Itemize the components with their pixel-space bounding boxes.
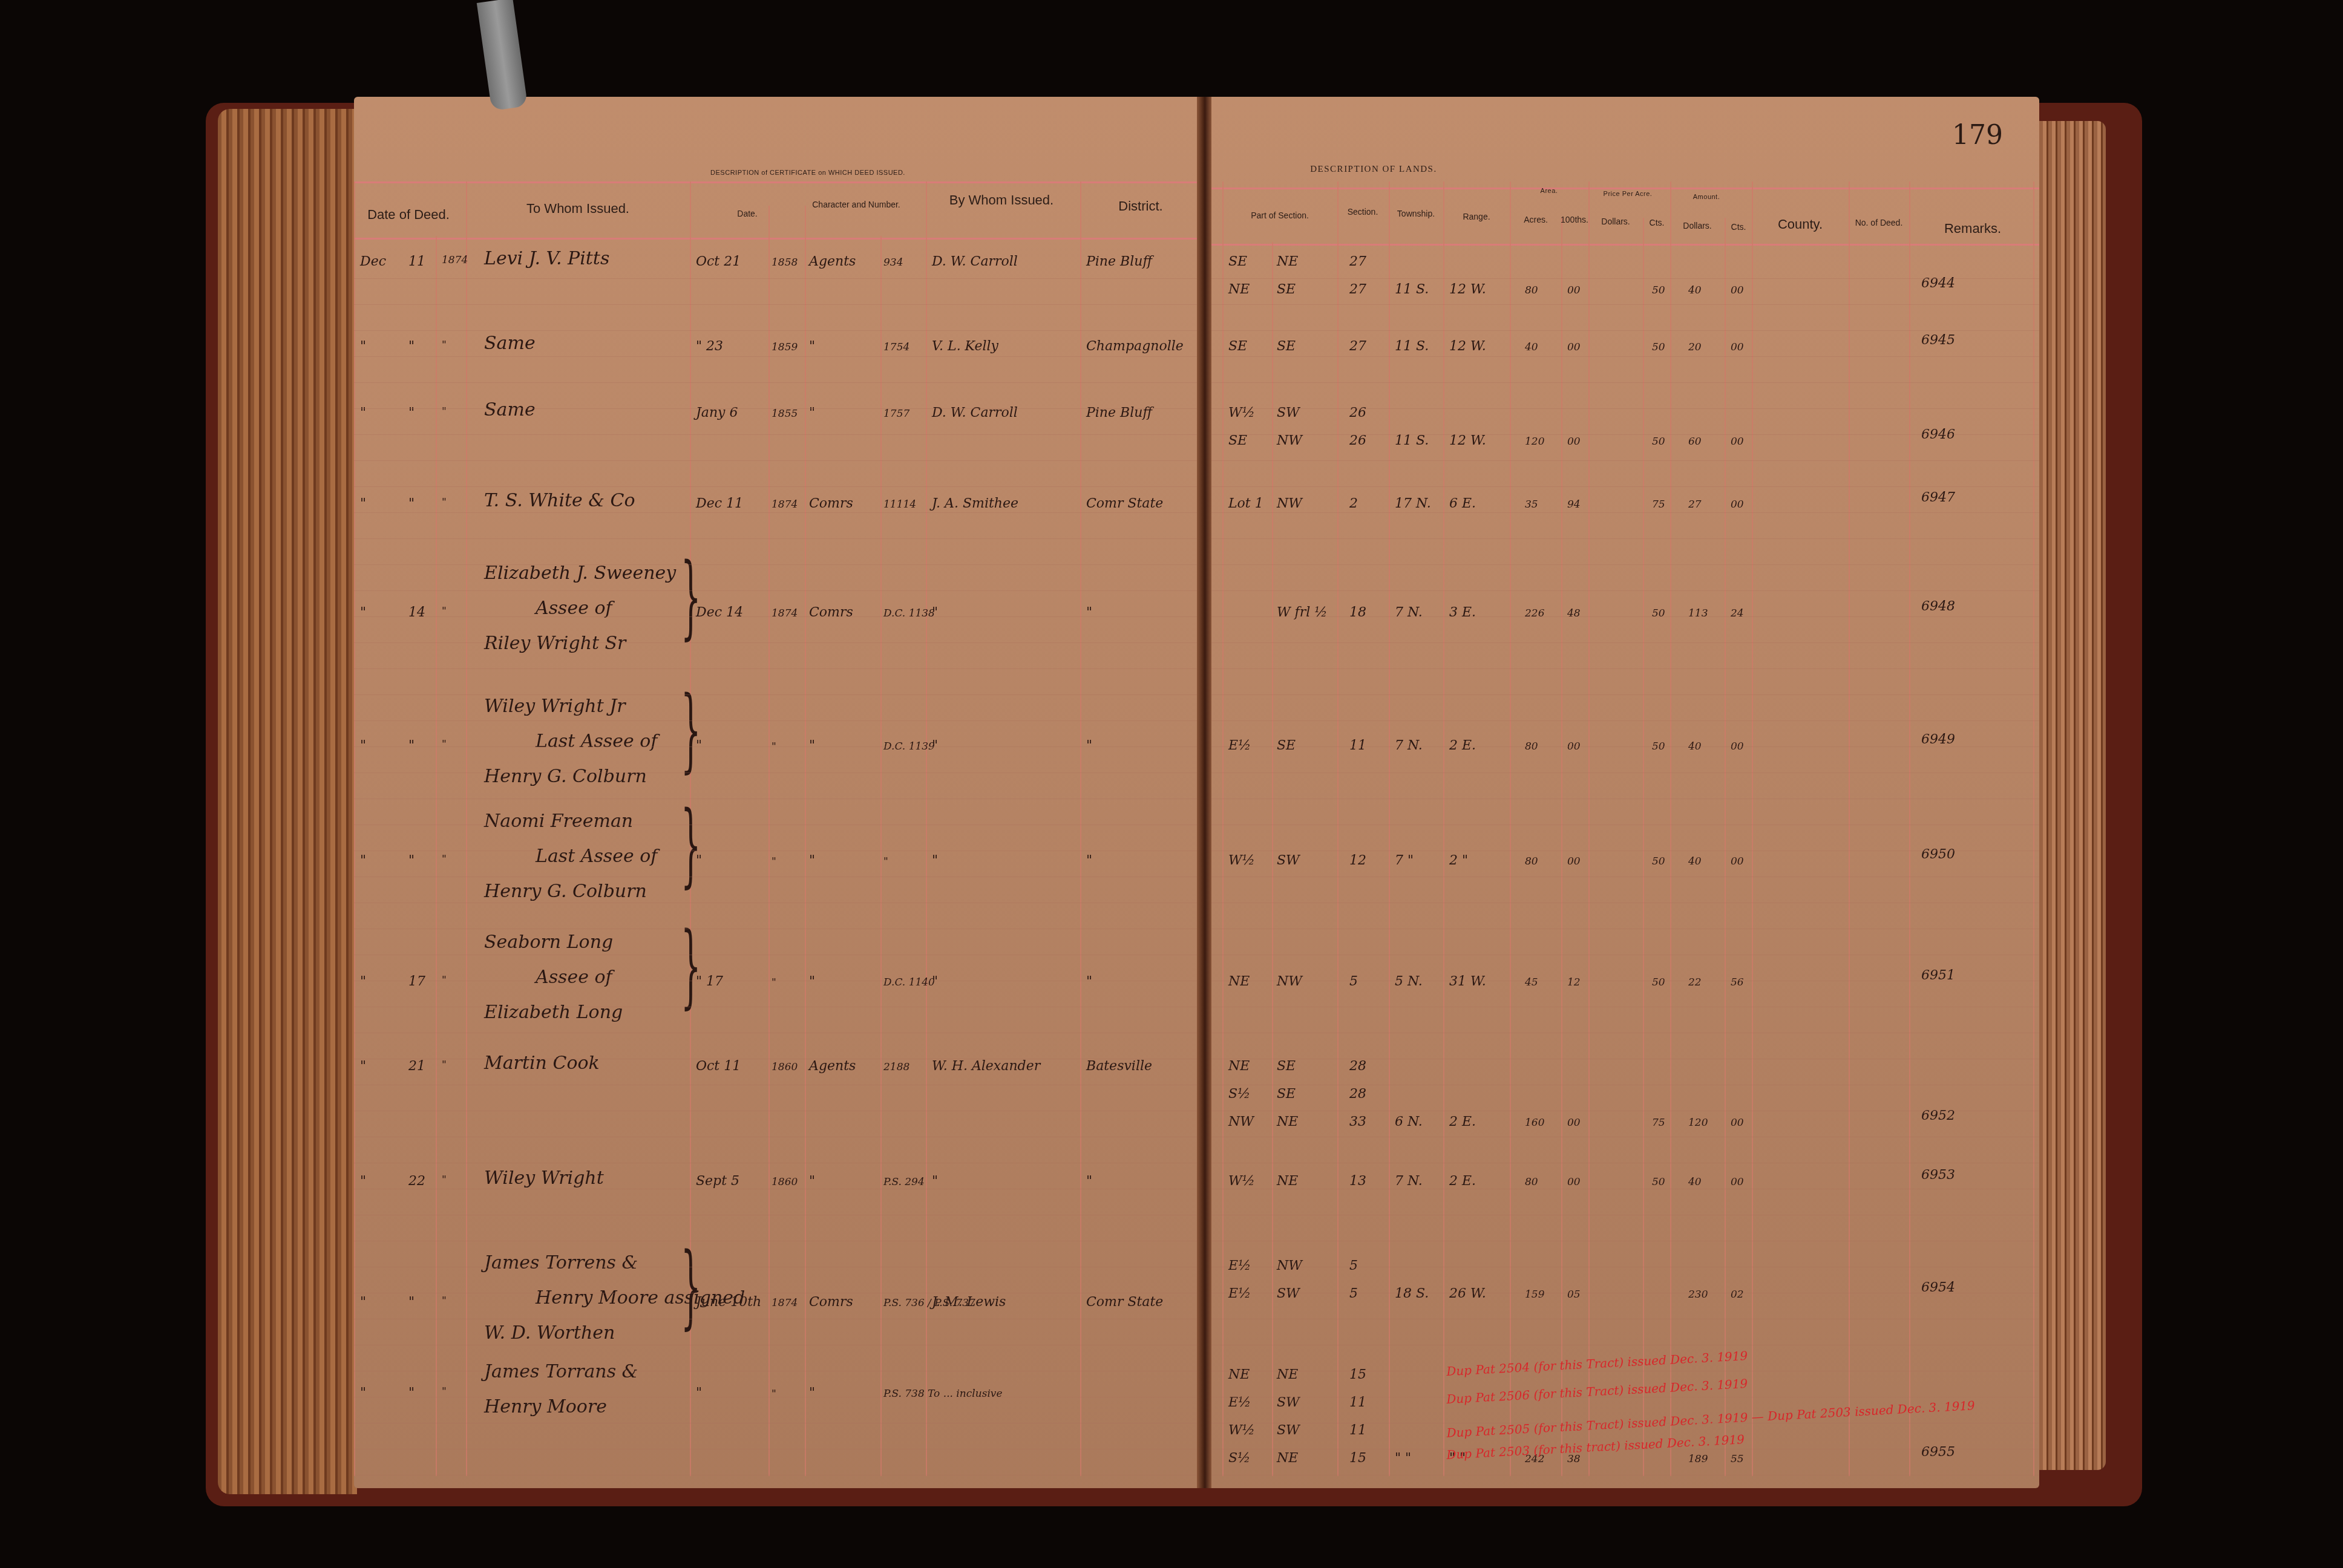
deed-day: "	[408, 496, 415, 511]
land-quarter: SW	[1277, 853, 1300, 868]
area-hundredths: 94	[1567, 498, 1581, 511]
certificate-character: "	[809, 1385, 815, 1400]
deed-year: "	[442, 339, 447, 351]
deed-month: "	[360, 405, 366, 420]
ruled-line	[1204, 746, 2039, 747]
ruled-line	[354, 929, 1204, 929]
deed-day: 21	[408, 1059, 425, 1074]
grantee-name-line: Riley Wright Sr	[484, 633, 626, 654]
header-county: County.	[1778, 217, 1823, 232]
issued-by: D. W. Carroll	[932, 405, 1018, 420]
deed-number: 6955	[1921, 1445, 1955, 1460]
deed-number: 6947	[1921, 490, 1955, 505]
amount-dollars: 189	[1688, 1453, 1708, 1465]
district: Pine Bluff	[1086, 405, 1152, 420]
ruled-line	[354, 1397, 1204, 1397]
ruled-line	[1204, 1189, 2039, 1189]
land-section: 15	[1349, 1367, 1366, 1382]
area-acres: 80	[1525, 284, 1538, 296]
grantee-name-line: Wiley Wright	[484, 1168, 604, 1189]
ruled-line	[354, 851, 1204, 851]
area-acres: 35	[1525, 498, 1538, 511]
land-part: SE	[1228, 254, 1247, 269]
deed-month: "	[360, 496, 366, 511]
land-township: 11 S.	[1395, 339, 1429, 354]
land-township: 11 S.	[1395, 282, 1429, 297]
price-cents: 50	[1652, 341, 1665, 353]
deed-number: 6949	[1921, 732, 1955, 747]
grantee-name-line: Seaborn Long	[484, 932, 613, 953]
ruled-line	[1204, 720, 2039, 721]
certificate-year: 1855	[772, 408, 798, 420]
district: Champagnolle	[1086, 339, 1184, 354]
grantee-name-line: T. S. White & Co	[484, 490, 635, 511]
land-quarter: NE	[1277, 254, 1298, 269]
certificate-date: Oct 11	[696, 1059, 741, 1074]
ruled-line	[354, 1475, 1204, 1475]
header-acres: Acres.	[1524, 215, 1548, 224]
ruled-line	[354, 1007, 1204, 1007]
ruled-line	[354, 382, 1204, 383]
land-quarter: NW	[1277, 496, 1302, 511]
ruled-line	[1204, 1241, 2039, 1241]
header-to-whom-issued: To Whom Issued.	[526, 201, 629, 217]
land-section: 13	[1349, 1174, 1366, 1189]
area-hundredths: 05	[1567, 1289, 1581, 1301]
land-section: 15	[1349, 1451, 1366, 1466]
header-range: Range.	[1463, 212, 1490, 221]
deed-day: "	[408, 405, 415, 420]
certificate-number: 1754	[883, 341, 909, 353]
header-section: Section.	[1348, 207, 1378, 217]
ruled-line	[354, 1423, 1204, 1423]
district: Pine Bluff	[1086, 254, 1152, 269]
certificate-character: "	[809, 738, 815, 753]
amount-dollars: 60	[1688, 436, 1702, 448]
area-hundredths: 00	[1567, 855, 1581, 867]
certificate-date: June 10th	[696, 1295, 761, 1310]
ruled-line	[1204, 512, 2039, 513]
area-acres: 45	[1525, 976, 1538, 988]
right-page: 179 DESCRIPTION OF LANDS. Part of Sectio…	[1204, 97, 2039, 1488]
ruled-line	[354, 1033, 1204, 1033]
ruled-line	[354, 1085, 1204, 1085]
land-quarter: NE	[1277, 1451, 1298, 1466]
header-amount-dollars: Dollars.	[1683, 221, 1711, 230]
amount-cents: 00	[1731, 436, 1744, 448]
certificate-number: 1757	[883, 408, 909, 420]
amount-cents: 55	[1731, 1453, 1744, 1465]
deed-year: "	[442, 1385, 447, 1397]
district: "	[1086, 974, 1092, 989]
land-range: 2 E.	[1449, 738, 1476, 753]
land-township: 5 N.	[1395, 974, 1423, 989]
ruled-line	[1204, 981, 2039, 981]
ruled-line	[354, 1137, 1204, 1137]
grantee-name-line: James Torrans &	[484, 1361, 638, 1382]
grantee-name-line: Last Assee of	[536, 846, 657, 867]
grantee-name-line: Wiley Wright Jr	[484, 696, 626, 717]
land-section: 5	[1349, 1258, 1358, 1273]
header-price-group: Price Per Acre.	[1604, 191, 1653, 198]
area-hundredths: 48	[1567, 607, 1581, 619]
issued-by: J. A. Smithee	[932, 496, 1018, 511]
ruled-line	[354, 1449, 1204, 1449]
land-part: NE	[1228, 1059, 1250, 1074]
deed-year: "	[442, 853, 447, 865]
land-section: 12	[1349, 853, 1366, 868]
ruled-line	[1204, 773, 2039, 773]
grantee-name-line: Same	[484, 399, 536, 420]
land-quarter: SE	[1277, 339, 1296, 354]
land-part: W½	[1228, 1174, 1255, 1189]
price-cents: 50	[1652, 436, 1665, 448]
header-district: District.	[1118, 198, 1162, 214]
deed-year: "	[442, 605, 447, 617]
ruled-line	[1204, 1137, 2039, 1137]
area-acres: 160	[1525, 1117, 1544, 1129]
land-part: W½	[1228, 405, 1255, 420]
ruled-line	[354, 1319, 1204, 1319]
ruled-line	[1204, 955, 2039, 955]
area-acres: 226	[1525, 607, 1544, 619]
land-part: W½	[1228, 853, 1255, 868]
ruled-line	[354, 486, 1204, 487]
header-area-group: Area.	[1541, 188, 1558, 195]
ruled-line	[354, 304, 1204, 305]
deed-month: Dec	[360, 254, 386, 269]
ruled-line	[1204, 1319, 2039, 1319]
land-quarter: SE	[1277, 738, 1296, 753]
ruled-line	[354, 642, 1204, 643]
area-acres: 80	[1525, 1176, 1538, 1188]
land-township: " "	[1395, 1451, 1411, 1466]
amount-cents: 00	[1731, 341, 1744, 353]
district: "	[1086, 738, 1092, 753]
ruled-line	[354, 799, 1204, 799]
ruled-line	[1204, 1371, 2039, 1371]
land-section: 2	[1349, 496, 1358, 511]
land-section: 27	[1349, 254, 1366, 269]
land-range: 2 E.	[1449, 1114, 1476, 1129]
ruled-line	[1204, 877, 2039, 877]
land-quarter: SE	[1277, 1086, 1296, 1102]
land-part: NE	[1228, 282, 1250, 297]
certificate-date: "	[696, 738, 702, 753]
land-part: SE	[1228, 433, 1247, 448]
amount-cents: 00	[1731, 1176, 1744, 1188]
amount-cents: 00	[1731, 284, 1744, 296]
land-quarter: NW	[1277, 974, 1302, 989]
land-section: 27	[1349, 282, 1366, 297]
certificate-date: Jany 6	[696, 405, 738, 420]
area-hundredths: 12	[1567, 976, 1581, 988]
header-lands-group: DESCRIPTION OF LANDS.	[1310, 165, 1437, 175]
deed-month: "	[360, 974, 366, 989]
area-hundredths: 00	[1567, 1117, 1581, 1129]
deed-year: "	[442, 974, 447, 986]
certificate-number: 2188	[883, 1061, 909, 1073]
ruled-line	[354, 1111, 1204, 1111]
deed-year: "	[442, 738, 447, 750]
deed-year: "	[442, 1174, 447, 1186]
ruled-line	[354, 1267, 1204, 1267]
ruled-line	[354, 1163, 1204, 1163]
header-hundredths: 100ths.	[1561, 215, 1588, 224]
deed-month: "	[360, 738, 366, 753]
deed-day: 14	[408, 605, 425, 620]
ruled-line	[354, 720, 1204, 721]
land-range: 26 W.	[1449, 1286, 1486, 1301]
deed-number: 6953	[1921, 1168, 1955, 1183]
certificate-character: "	[809, 405, 815, 420]
land-quarter: NW	[1277, 1258, 1302, 1273]
ruled-line	[354, 590, 1204, 591]
duplicate-patent-note: Dup Pat 2506 (for this Tract) issued Dec…	[1446, 1376, 1748, 1406]
ruled-line	[354, 668, 1204, 669]
certificate-year: 1874	[772, 498, 798, 511]
header-part-of-section: Part of Section.	[1251, 211, 1309, 220]
area-hundredths: 00	[1567, 436, 1581, 448]
land-section: 11	[1349, 738, 1366, 753]
ruled-line	[1204, 538, 2039, 539]
district: "	[1086, 605, 1092, 620]
header-character-number: Character and Number.	[812, 200, 900, 209]
ruled-line	[1204, 799, 2039, 799]
land-township: 7 N.	[1395, 605, 1423, 620]
issued-by: "	[932, 1174, 938, 1189]
deed-month: "	[360, 1295, 366, 1310]
ruled-line	[354, 538, 1204, 539]
ruled-line	[1204, 1059, 2039, 1059]
ruled-line	[1204, 1267, 2039, 1267]
header-price-dollars: Dollars.	[1601, 217, 1630, 226]
certificate-year: 1874	[772, 1297, 798, 1309]
certificate-year: 1860	[772, 1176, 798, 1188]
ruled-line	[1204, 1007, 2039, 1007]
land-section: 28	[1349, 1059, 1366, 1074]
area-acres: 159	[1525, 1289, 1544, 1301]
deed-day: "	[408, 1295, 415, 1310]
district: Batesville	[1086, 1059, 1152, 1074]
certificate-number: D.C. 1140	[883, 976, 935, 988]
ruled-line	[1204, 642, 2039, 643]
header-township: Township.	[1397, 209, 1435, 218]
land-quarter: W frl ½	[1277, 605, 1328, 620]
ruled-line	[354, 877, 1204, 877]
land-part: S½	[1228, 1086, 1250, 1102]
deed-day: "	[408, 738, 415, 753]
certificate-year: 1874	[772, 607, 798, 619]
left-page: Date of Deed. To Whom Issued. DESCRIPTIO…	[354, 97, 1204, 1488]
price-cents: 75	[1652, 498, 1665, 511]
land-township: 7 N.	[1395, 738, 1423, 753]
land-range: 2 "	[1449, 853, 1468, 868]
ruled-line	[354, 616, 1204, 617]
ruled-line	[1204, 1163, 2039, 1163]
certificate-date: Dec 11	[696, 496, 743, 511]
ruled-line	[1204, 668, 2039, 669]
deed-number: 6950	[1921, 847, 1955, 862]
land-quarter: SE	[1277, 282, 1296, 297]
ruled-line	[1204, 486, 2039, 487]
amount-dollars: 40	[1688, 1176, 1702, 1188]
land-section: 26	[1349, 405, 1366, 420]
ruled-line	[354, 903, 1204, 903]
certificate-year: "	[772, 855, 776, 867]
deed-day: "	[408, 339, 415, 354]
area-acres: 120	[1525, 436, 1544, 448]
land-section: 28	[1349, 1086, 1366, 1102]
amount-cents: 02	[1731, 1289, 1744, 1301]
issued-by: D. W. Carroll	[932, 254, 1018, 269]
certificate-date: Sept 5	[696, 1174, 739, 1189]
ruled-line	[1204, 1345, 2039, 1345]
page-number: 179	[1952, 120, 2003, 151]
deed-year: "	[442, 405, 447, 417]
amount-cents: 00	[1731, 498, 1744, 511]
certificate-date: "	[696, 853, 702, 868]
certificate-number: "	[883, 855, 888, 867]
header-certificate-group: DESCRIPTION of CERTIFICATE on WHICH DEED…	[710, 169, 905, 177]
certificate-number: P.S. 294	[883, 1176, 925, 1188]
ruled-line	[1204, 1449, 2039, 1449]
grantee-name-line: W. D. Worthen	[484, 1322, 615, 1344]
land-quarter: SE	[1277, 1059, 1296, 1074]
amount-dollars: 113	[1688, 607, 1708, 619]
certificate-year: 1858	[772, 256, 798, 269]
header-remarks: Remarks.	[1944, 221, 2001, 237]
issued-by: W. H. Alexander	[932, 1059, 1040, 1074]
deed-month: "	[360, 339, 366, 354]
ruled-line	[1204, 1215, 2039, 1215]
amount-cents: 24	[1731, 607, 1744, 619]
land-range: 12 W.	[1449, 433, 1486, 448]
certificate-date: " 17	[696, 974, 723, 989]
land-section: 11	[1349, 1423, 1366, 1438]
grantee-name-line: Henry G. Colburn	[484, 881, 647, 902]
issued-by: V. L. Kelly	[932, 339, 998, 354]
land-township: 17 N.	[1395, 496, 1431, 511]
ruled-line	[354, 1345, 1204, 1345]
land-range: 12 W.	[1449, 282, 1486, 297]
ruled-line	[354, 746, 1204, 747]
ruled-line	[354, 512, 1204, 513]
issued-by: "	[932, 738, 938, 753]
certificate-character: "	[809, 1174, 815, 1189]
deed-day: 22	[408, 1174, 425, 1189]
land-section: 18	[1349, 605, 1366, 620]
issued-by: "	[932, 605, 938, 620]
ruled-line	[1204, 1293, 2039, 1293]
deed-day: "	[408, 1385, 415, 1400]
ruled-line	[1204, 929, 2039, 929]
certificate-character: Comrs	[809, 605, 853, 620]
land-section: 33	[1349, 1114, 1366, 1129]
brace-mark: }	[681, 1234, 701, 1339]
area-acres: 80	[1525, 855, 1538, 867]
certificate-date: " 23	[696, 339, 723, 354]
grantee-name-line: Assee of	[536, 598, 612, 619]
land-part: NE	[1228, 974, 1250, 989]
ruled-line	[1204, 460, 2039, 461]
deed-month: "	[360, 1174, 366, 1189]
certificate-character: Comrs	[809, 1295, 853, 1310]
ruled-line	[1204, 616, 2039, 617]
ruled-line	[354, 564, 1204, 565]
price-cents: 75	[1652, 1117, 1665, 1129]
duplicate-patent-note: Dup Pat 2504 (for this Tract) issued Dec…	[1446, 1348, 1748, 1379]
land-part: E½	[1228, 1258, 1251, 1273]
land-part: SE	[1228, 339, 1247, 354]
deed-day: 11	[408, 254, 425, 269]
land-township: 7 "	[1395, 853, 1414, 868]
header-amount-cents: Cts.	[1731, 222, 1746, 232]
area-hundredths: 00	[1567, 284, 1581, 296]
page-stack-left	[218, 109, 357, 1494]
grantee-name-line: Martin Cook	[484, 1053, 600, 1074]
certificate-date: Oct 21	[696, 254, 741, 269]
deed-month: "	[360, 605, 366, 620]
land-range: 3 E.	[1449, 605, 1476, 620]
ruled-line	[354, 1293, 1204, 1293]
issued-by: "	[932, 974, 938, 989]
amount-dollars: 230	[1688, 1289, 1708, 1301]
deed-month: "	[360, 1385, 366, 1400]
grantee-name-line: James Torrens &	[484, 1252, 638, 1273]
certificate-number: D.C. 1138	[883, 607, 935, 619]
deed-year: 1874	[442, 254, 468, 266]
header-date-of-deed: Date of Deed.	[367, 207, 450, 223]
ruled-line	[354, 1241, 1204, 1241]
district: Comr State	[1086, 496, 1163, 511]
ruled-line	[1204, 304, 2039, 305]
certificate-year: "	[772, 1388, 776, 1400]
ruled-line	[1204, 1475, 2039, 1475]
land-quarter: SW	[1277, 1423, 1300, 1438]
brace-mark: }	[681, 678, 701, 783]
ruled-line	[1204, 1033, 2039, 1033]
land-section: 27	[1349, 339, 1366, 354]
brace-mark: }	[681, 792, 701, 898]
ruled-line	[354, 1059, 1204, 1059]
land-quarter: NE	[1277, 1174, 1298, 1189]
grantee-name-line: Henry Moore	[484, 1396, 607, 1417]
ruled-line	[1204, 382, 2039, 383]
header-by-whom-issued: By Whom Issued.	[949, 192, 1054, 208]
amount-dollars: 120	[1688, 1117, 1708, 1129]
certificate-year: 1860	[772, 1061, 798, 1073]
land-range: 2 E.	[1449, 1174, 1476, 1189]
land-part: E½	[1228, 738, 1251, 753]
certificate-character: Agents	[809, 254, 856, 269]
certificate-number: P.S. 738 To ... inclusive	[883, 1388, 1003, 1400]
certificate-year: "	[772, 976, 776, 988]
header-price-cents: Cts.	[1650, 218, 1665, 227]
certificate-character: "	[809, 339, 815, 354]
ruled-line	[1204, 356, 2039, 357]
area-acres: 40	[1525, 341, 1538, 353]
deed-month: "	[360, 853, 366, 868]
land-part: Lot 1	[1228, 496, 1263, 511]
issued-by: "	[932, 853, 938, 868]
land-part: NE	[1228, 1367, 1250, 1382]
land-quarter: SW	[1277, 405, 1300, 420]
header-band	[354, 181, 1204, 240]
amount-dollars: 22	[1688, 976, 1702, 988]
price-cents: 50	[1652, 855, 1665, 867]
land-section: 5	[1349, 974, 1358, 989]
